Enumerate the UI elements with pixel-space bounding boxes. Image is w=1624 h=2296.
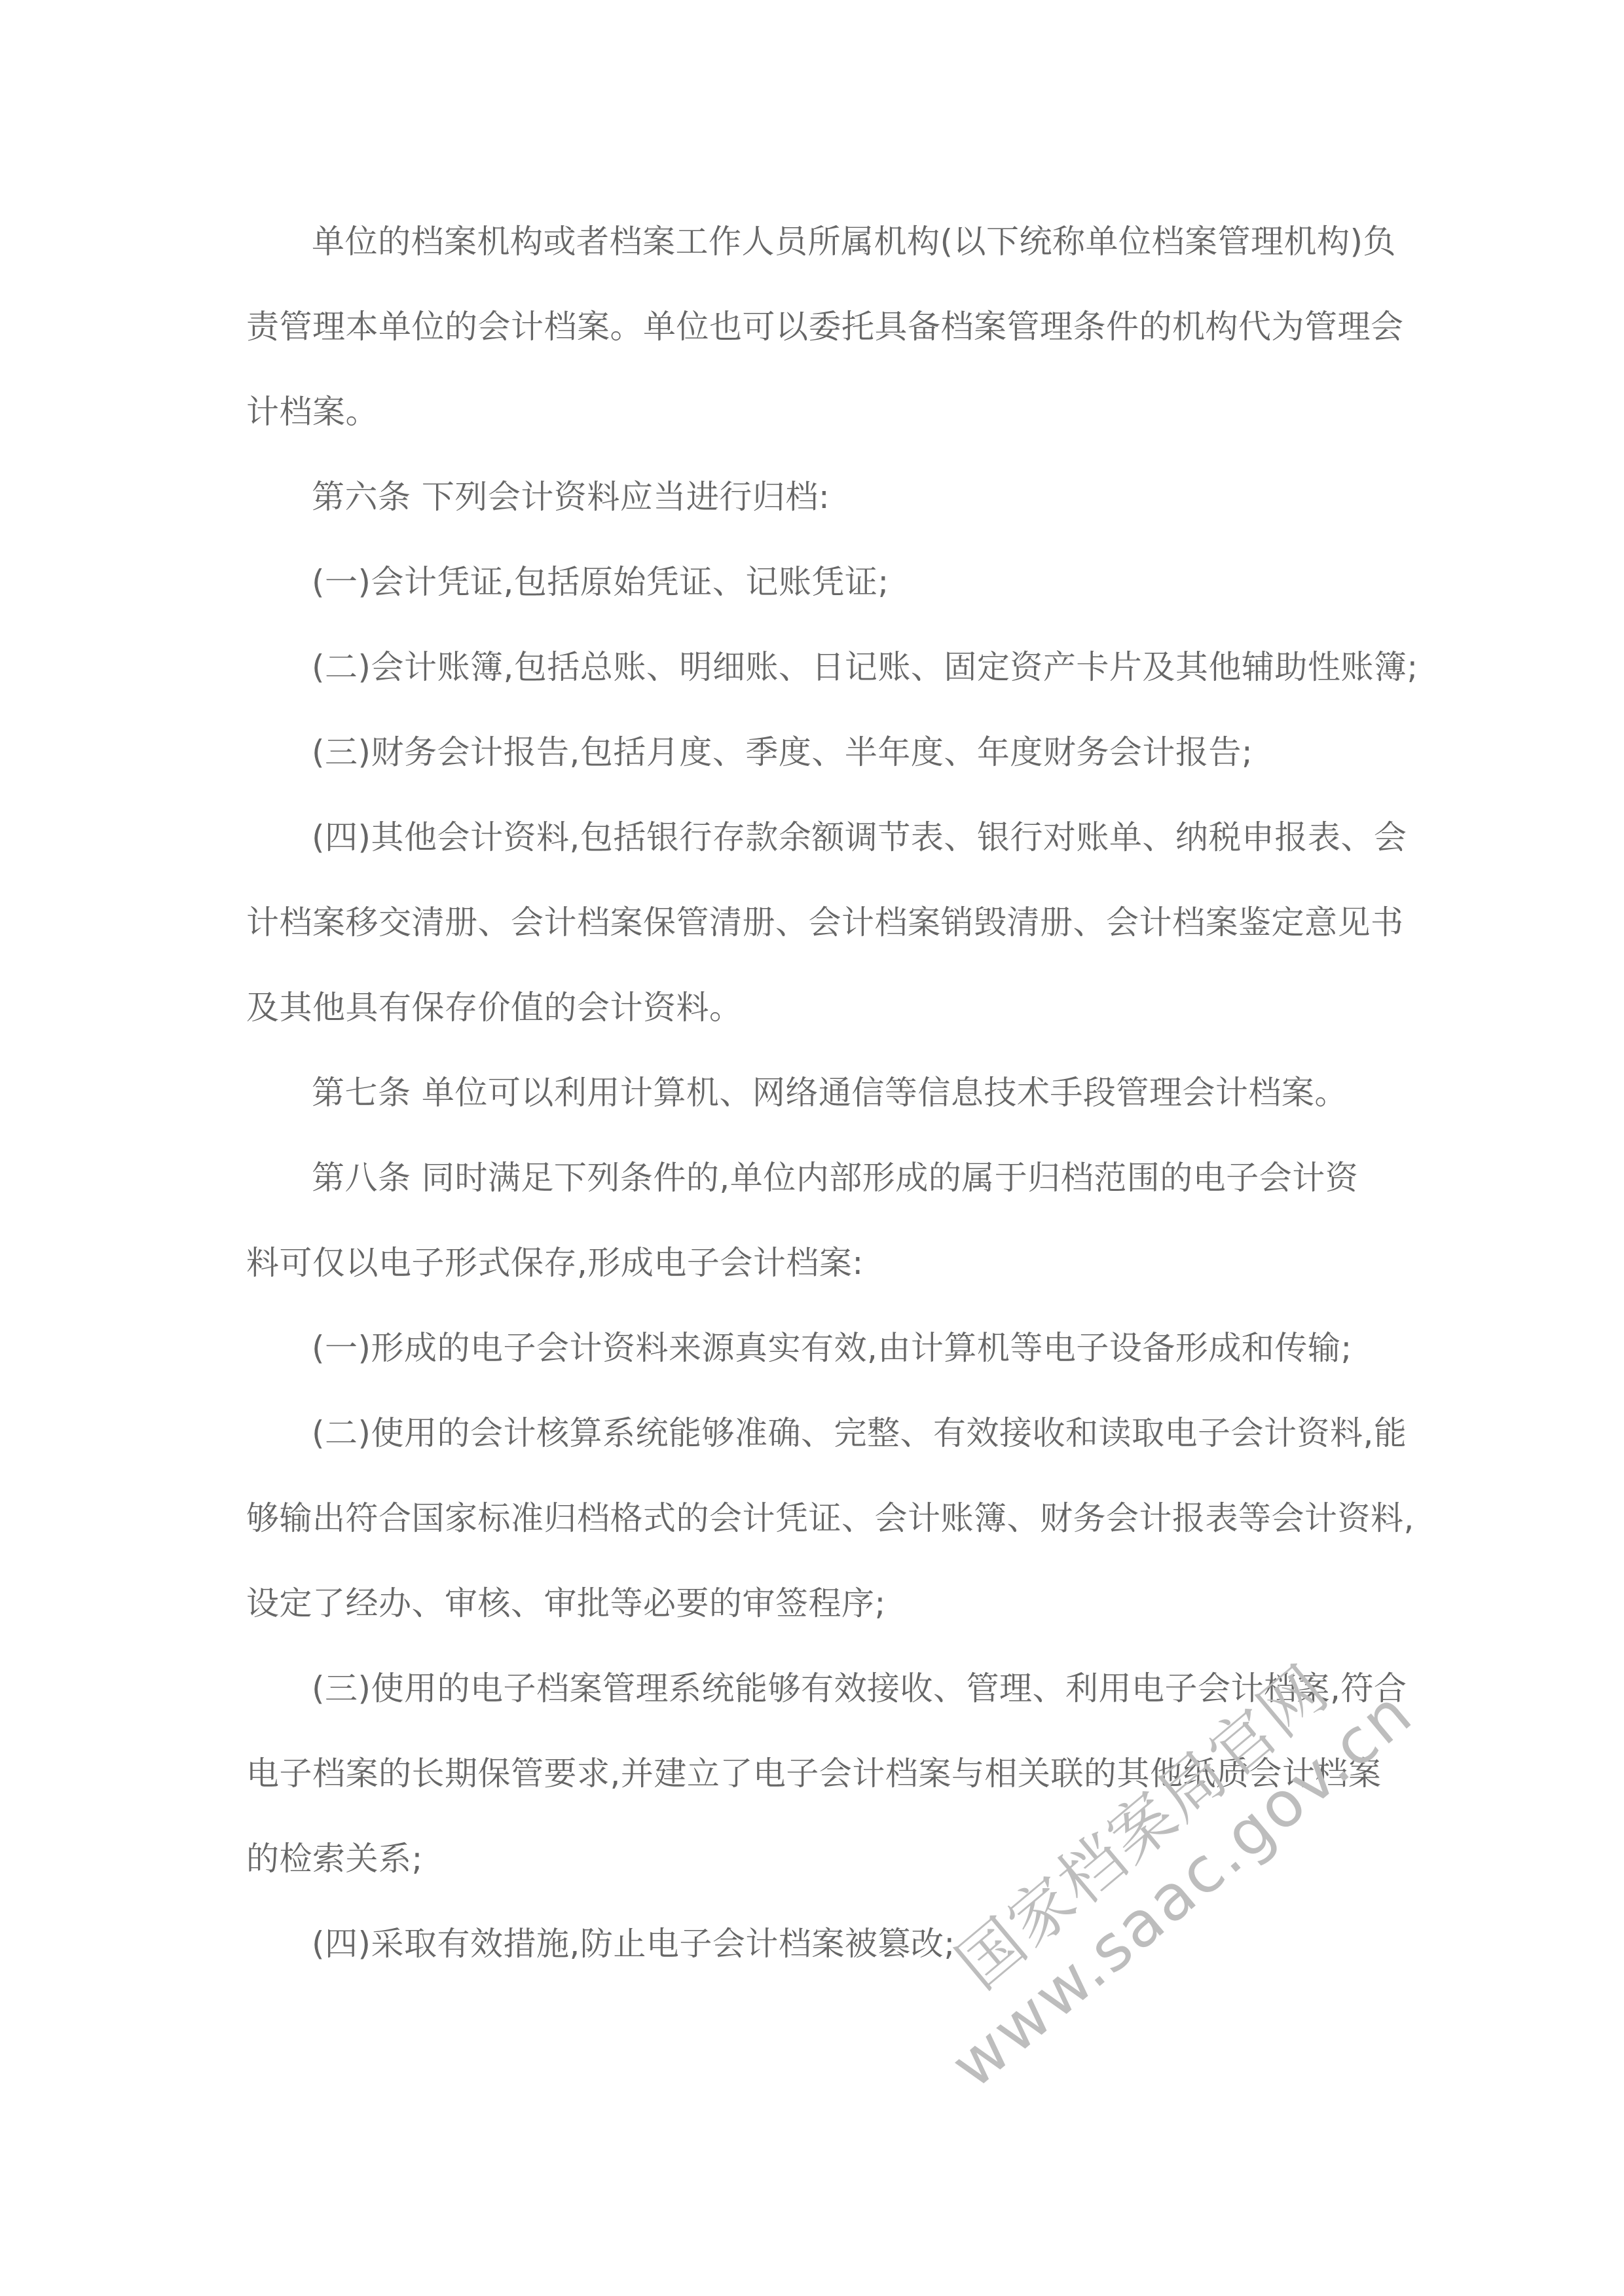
- text-line-2: 计档案。: [246, 369, 1399, 454]
- text-line-20: (四)采取有效措施,防止电子会计档案被篡改;: [312, 1901, 1464, 1986]
- text-line-4: (一)会计凭证,包括原始凭证、记账凭证;: [312, 539, 1464, 625]
- text-line-14: (二)使用的会计核算系统能够准确、完整、有效接收和读取电子会计资料,能: [312, 1391, 1464, 1476]
- text-line-13: (一)形成的电子会计资料来源真实有效,由计算机等电子设备形成和传输;: [312, 1305, 1464, 1391]
- text-line-16: 设定了经办、审核、审批等必要的审签程序;: [246, 1561, 1399, 1646]
- text-line-10: 第七条 单位可以利用计算机、网络通信等信息技术手段管理会计档案。: [312, 1050, 1464, 1135]
- text-line-11: 第八条 同时满足下列条件的,单位内部形成的属于归档范围的电子会计资: [312, 1135, 1464, 1220]
- text-line-6: (三)财务会计报告,包括月度、季度、半年度、年度财务会计报告;: [312, 710, 1464, 795]
- text-line-9: 及其他具有保存价值的会计资料。: [246, 965, 1399, 1050]
- text-line-1: 责管理本单位的会计档案。单位也可以委托具备档案管理条件的机构代为管理会: [246, 284, 1399, 369]
- text-line-0: 单位的档案机构或者档案工作人员所属机构(以下统称单位档案管理机构)负: [312, 199, 1464, 284]
- text-line-5: (二)会计账簿,包括总账、明细账、日记账、固定资产卡片及其他辅助性账簿;: [312, 625, 1464, 710]
- document-page: 单位的档案机构或者档案工作人员所属机构(以下统称单位档案管理机构)负 责管理本单…: [0, 0, 1624, 2296]
- text-line-15: 够输出符合国家标准归档格式的会计凭证、会计账簿、财务会计报表等会计资料,: [246, 1476, 1399, 1561]
- text-line-7: (四)其他会计资料,包括银行存款余额调节表、银行对账单、纳税申报表、会: [312, 795, 1464, 880]
- text-line-8: 计档案移交清册、会计档案保管清册、会计档案销毁清册、会计档案鉴定意见书: [246, 880, 1399, 965]
- text-line-3: 第六条 下列会计资料应当进行归档:: [312, 454, 1464, 539]
- text-line-12: 料可仅以电子形式保存,形成电子会计档案:: [246, 1220, 1399, 1305]
